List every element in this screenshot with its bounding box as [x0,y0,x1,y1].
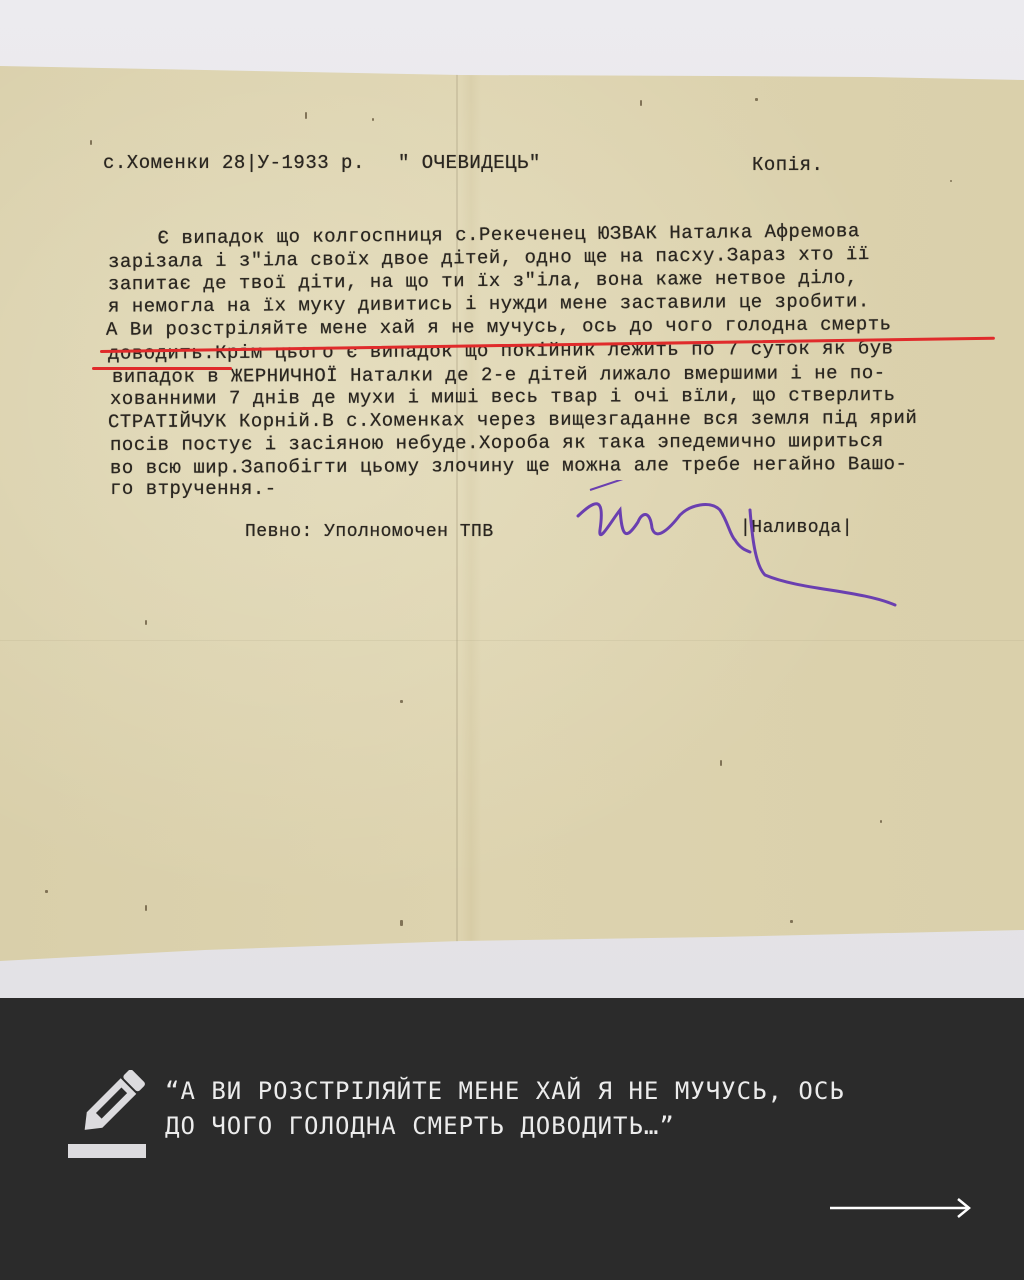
paper-speck [45,890,48,893]
document-copy-mark: Копія. [752,154,823,176]
paper-speck [90,140,92,145]
paper-speck [400,700,403,703]
paper-speck [400,920,403,926]
arrow-right-icon[interactable] [830,1196,972,1220]
document-body-line: СТРАТІЙЧУК Корній.В с.Хоменках через вищ… [108,407,917,433]
paper-speck [372,118,374,121]
paper-speck [790,920,793,923]
paper-speck [720,760,722,766]
document-body-line: хованними 7 днів де мухи і миші весь тва… [110,384,896,410]
paper-speck [145,620,147,625]
red-highlight-underline [92,367,232,370]
document-body-line: посів постує і засіяною небуде.Хороба як… [110,430,884,456]
paper-speck [640,100,642,106]
paper-speck [305,112,307,119]
paper-fold-horizontal [0,640,1024,641]
handwritten-signature [560,480,900,610]
paper-speck [880,820,882,823]
paper-speck [145,905,147,911]
paper-speck [950,180,952,182]
signature-label: Певно: Уполномочен ТПВ [245,522,494,542]
document-photo: с.Хоменки 28|У-1933 р. " ОЧЕВИДЕЦЬ" Копі… [0,0,1024,998]
paper-fold-vertical [456,60,458,960]
paper-speck [755,98,758,101]
caption-quote-line-1: “А ВИ РОЗСТРІЛЯЙТЕ МЕНЕ ХАЙ Я НЕ МУЧУСЬ,… [165,1074,925,1109]
pencil-icon [66,1070,150,1160]
document-body-line: во всю шир.Запобігти цьому злочину ще мо… [110,453,908,479]
document-pseudonym: " ОЧЕВИДЕЦЬ" [398,152,541,174]
document-body-line: го втручення.- [110,478,277,500]
caption-quote: “А ВИ РОЗСТРІЛЯЙТЕ МЕНЕ ХАЙ Я НЕ МУЧУСЬ,… [165,1074,925,1144]
document-place-date: с.Хоменки 28|У-1933 р. [103,152,365,174]
caption-quote-line-2: ДО ЧОГО ГОЛОДНА СМЕРТЬ ДОВОДИТЬ…” [165,1109,925,1144]
